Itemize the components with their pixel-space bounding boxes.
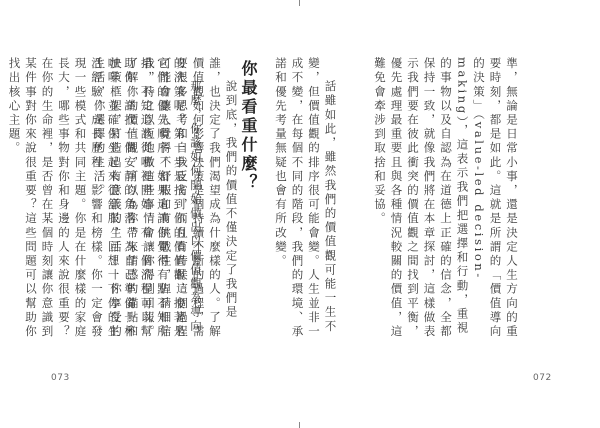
right-page-body: 準，無論是日常小事，還是決定人生方向的重要時刻，都是如此。這就是所謂的「價值導向…	[58, 57, 553, 347]
paragraph: 話雖如此，雖然我們的價值觀可能一生不變，但價值觀的排序很可能會變。人生並非一成不…	[273, 57, 339, 347]
page-number-right: 072	[533, 373, 552, 383]
page-number-left: 073	[51, 373, 70, 383]
paragraph: 說到底，我們的價值不僅決定了我們是誰，也決定了我們渴望成為什麼樣的人。了解價值觀…	[91, 57, 240, 347]
right-page: 準，無論是日常小事，還是決定人生方向的重要時刻，都是如此。這就是所謂的「價值導向…	[300, 0, 600, 428]
paragraph: 準，無論是日常小事，還是決定人生方向的重要時刻，都是如此。這就是所謂的「價值導向…	[372, 57, 521, 347]
book-spread: 你最看重什麼？ 那麼，你該如何開始做出以價值觀為導向的決策呢？第一步是找到你的價…	[0, 0, 600, 428]
